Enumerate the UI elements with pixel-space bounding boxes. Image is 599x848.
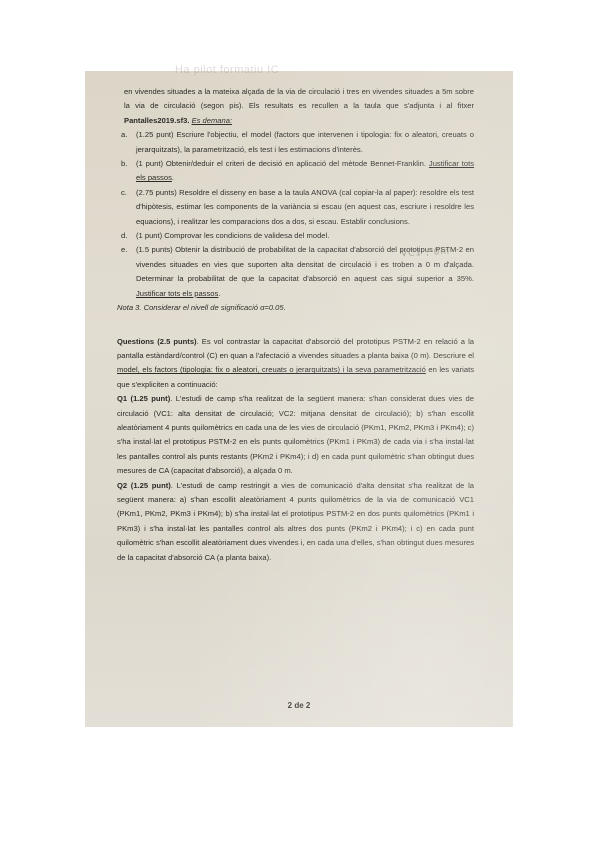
item-text: (1.25 punt) Escriure l'objectiu, el mode… (136, 130, 474, 153)
page-number: 2 de 2 (85, 701, 513, 710)
question-q2: Q2 (1.25 punt). L'estudi de camp restrin… (117, 479, 474, 565)
bleed-through-header: Ha pilot formatiu IC (175, 64, 279, 76)
q2-label: Q2 (1.25 punt) (117, 481, 171, 490)
question-q1: Q1 (1.25 punt). L'estudi de camp s'ha re… (117, 392, 474, 478)
exam-page: Ha pilot formatiu IC en vivendes situade… (85, 71, 513, 727)
questions-underlined-text: model, els factors (tipologia: fix o ale… (117, 365, 426, 374)
item-text: (1 punt) Comprovar les condicions de val… (136, 231, 329, 240)
questions-section: Questions (2.5 punts). Es vol contrastar… (117, 335, 474, 566)
item-marker: e. (121, 243, 127, 257)
task-item-c: c. (2.75 punts) Resoldre el disseny en b… (117, 186, 474, 229)
q1-text: . L'estudi de camp s'ha realitzat de la … (117, 394, 474, 475)
item-tail: . (172, 173, 174, 182)
task-list: a. (1.25 punt) Escriure l'objectiu, el m… (117, 128, 474, 301)
item-marker: d. (121, 229, 127, 243)
item-text: (1 punt) Obtenir/deduir el criteri de de… (136, 159, 429, 168)
file-name: Pantalles2019.sf3. (124, 116, 189, 125)
questions-title: Questions (2.5 punts) (117, 337, 197, 346)
note-significance: Nota 3. Considerar el nivell de signific… (117, 301, 474, 315)
task-item-d: d. (1 punt) Comprovar les condicions de … (117, 229, 474, 243)
item-marker: a. (121, 128, 127, 142)
item-marker: c. (121, 186, 127, 200)
intro-paragraph: en vivendes situades a la mateixa alçada… (117, 85, 474, 128)
q1-label: Q1 (1.25 punt) (117, 394, 170, 403)
item-text: (2.75 punts) Resoldre el disseny en base… (136, 188, 474, 226)
item-underlined-text: Justificar tots els passos (136, 289, 218, 298)
task-item-a: a. (1.25 punt) Escriure l'objectiu, el m… (117, 128, 474, 157)
questions-intro: Questions (2.5 punts). Es vol contrastar… (117, 335, 474, 393)
item-tail: . (218, 289, 220, 298)
item-marker: b. (121, 157, 127, 171)
es-demana-label: Es demana: (192, 116, 233, 125)
task-item-b: b. (1 punt) Obtenir/deduir el criteri de… (117, 157, 474, 186)
intro-text: en vivendes situades a la mateixa alçada… (124, 87, 474, 110)
q2-text: . L'estudi de camp restringit a vies de … (117, 481, 474, 562)
page-content: en vivendes situades a la mateixa alçada… (117, 85, 474, 565)
